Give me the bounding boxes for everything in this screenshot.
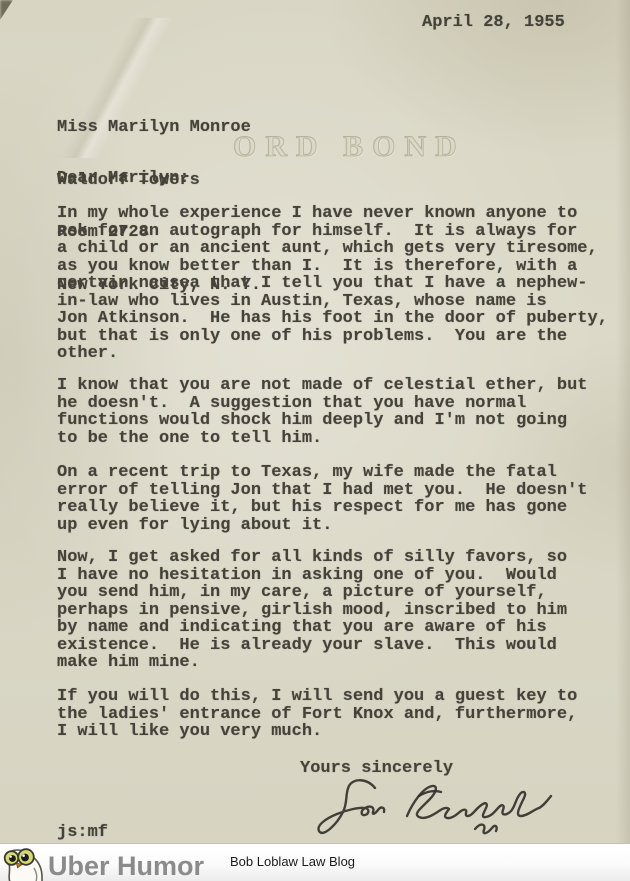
- salutation: Dear Marilyn:: [57, 170, 190, 188]
- paper-watermark: ORD BOND: [233, 130, 466, 164]
- paper-corner-stain: [0, 0, 13, 20]
- closing-line: Yours sincerely: [300, 760, 453, 778]
- post-title-link[interactable]: Bob Loblaw Law Blog: [230, 854, 355, 870]
- scanned-letter: ORD BOND April 28, 1955 Miss Marilyn Mon…: [0, 0, 630, 843]
- site-name-link[interactable]: Uber Humor: [48, 852, 204, 880]
- owl-mascot-icon[interactable]: [1, 848, 45, 881]
- site-footer-bar: Uber Humor Bob Loblaw Law Blog: [0, 843, 630, 881]
- letter-date: April 28, 1955: [422, 14, 565, 32]
- address-line-name: Miss Marilyn Monroe: [57, 119, 261, 137]
- letter-paragraph-2: I know that you are not made of celestia…: [57, 377, 588, 447]
- letter-paragraph-5: If you will do this, I will send you a g…: [57, 688, 577, 741]
- letter-paragraph-1: In my whole experience I have never know…: [57, 205, 608, 363]
- letter-paragraph-3: On a recent trip to Texas, my wife made …: [57, 464, 588, 534]
- signature-john-steinbeck: [315, 776, 590, 842]
- letter-paragraph-4: Now, I get asked for all kinds of silly …: [57, 549, 567, 672]
- typist-initials: js:mf: [57, 824, 108, 842]
